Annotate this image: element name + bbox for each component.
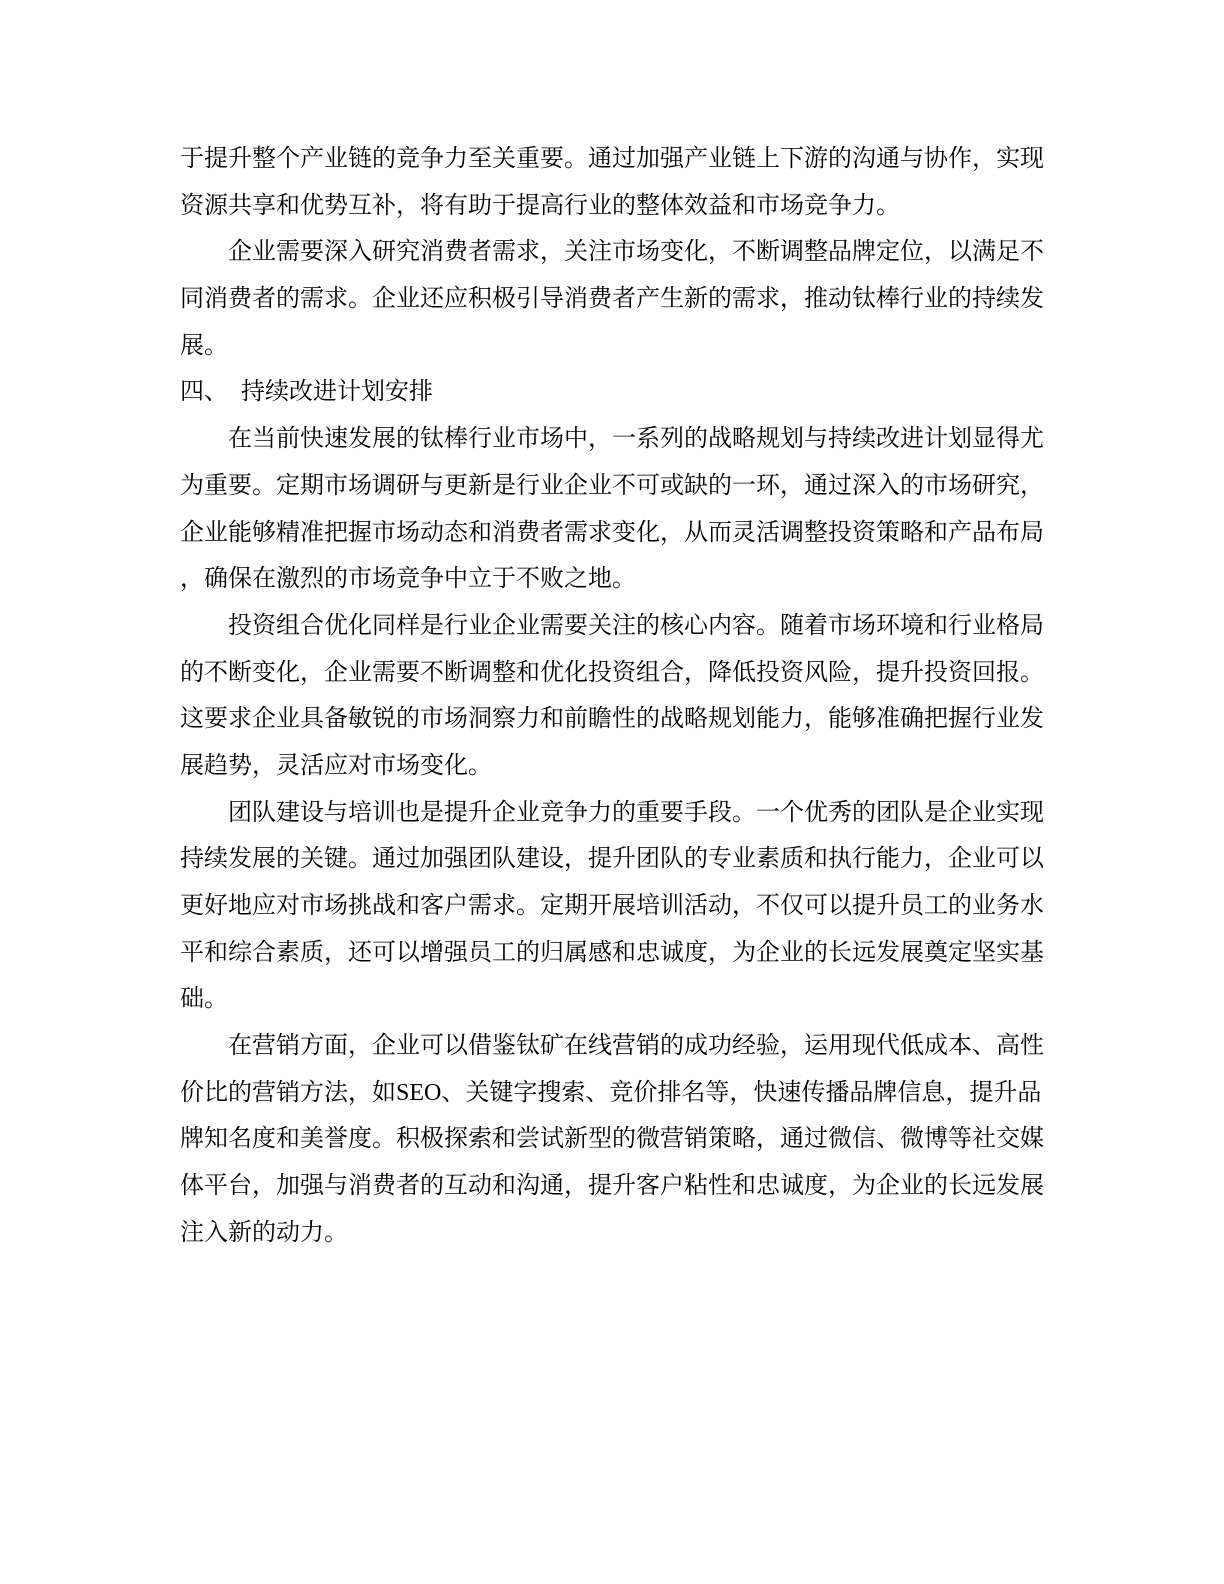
paragraph-line: 这要求企业具备敏锐的市场洞察力和前瞻性的战略规划能力，能够准确把握行业发 <box>180 696 1046 743</box>
paragraph: 在当前快速发展的钛棒行业市场中，一系列的战略规划与持续改进计划显得尤 为重要。定… <box>180 416 1046 603</box>
paragraph: 投资组合优化同样是行业企业需要关注的核心内容。随着市场环境和行业格局 的不断变化… <box>180 603 1046 790</box>
heading-title: 持续改进计划安排 <box>241 379 433 405</box>
paragraph: 在营销方面，企业可以借鉴钛矿在线营销的成功经验，运用现代低成本、高性 价比的营销… <box>180 1023 1046 1256</box>
paragraph-line: 展趋势，灵活应对市场变化。 <box>180 743 1046 790</box>
paragraph-line: 在营销方面，企业可以借鉴钛矿在线营销的成功经验，运用现代低成本、高性 <box>180 1023 1046 1070</box>
paragraph-line: 于提升整个产业链的竞争力至关重要。通过加强产业链上下游的沟通与协作，实现 <box>180 136 1046 183</box>
paragraph-line: 更好地应对市场挑战和客户需求。定期开展培训活动，不仅可以提升员工的业务水 <box>180 883 1046 930</box>
paragraph-line: 牌知名度和美誉度。积极探索和尝试新型的微营销策略，通过微信、微博等社交媒 <box>180 1116 1046 1163</box>
paragraph-line: 础。 <box>180 976 1046 1023</box>
paragraph-line: 投资组合优化同样是行业企业需要关注的核心内容。随着市场环境和行业格局 <box>180 603 1046 650</box>
paragraph: 于提升整个产业链的竞争力至关重要。通过加强产业链上下游的沟通与协作，实现 资源共… <box>180 136 1046 229</box>
paragraph-line: 体平台，加强与消费者的互动和沟通，提升客户粘性和忠诚度，为企业的长远发展 <box>180 1163 1046 1210</box>
paragraph-line: 为重要。定期市场调研与更新是行业企业不可或缺的一环，通过深入的市场研究， <box>180 463 1046 510</box>
paragraph-line: 资源共享和优势互补，将有助于提高行业的整体效益和市场竞争力。 <box>180 183 1046 230</box>
heading-number: 四、 <box>180 379 228 405</box>
paragraph: 企业需要深入研究消费者需求，关注市场变化，不断调整品牌定位，以满足不 同消费者的… <box>180 229 1046 369</box>
paragraph-line: 价比的营销方法，如SEO、关键字搜索、竞价排名等，快速传播品牌信息，提升品 <box>180 1070 1046 1117</box>
paragraph-line: 平和综合素质，还可以增强员工的归属感和忠诚度，为企业的长远发展奠定坚实基 <box>180 930 1046 977</box>
paragraph-line: 在当前快速发展的钛棒行业市场中，一系列的战略规划与持续改进计划显得尤 <box>180 416 1046 463</box>
paragraph-line: 企业需要深入研究消费者需求，关注市场变化，不断调整品牌定位，以满足不 <box>180 229 1046 276</box>
paragraph-line: 展。 <box>180 323 1046 370</box>
document-page: 于提升整个产业链的竞争力至关重要。通过加强产业链上下游的沟通与协作，实现 资源共… <box>0 0 1224 1584</box>
paragraph-line: 注入新的动力。 <box>180 1210 1046 1257</box>
paragraph-line: 的不断变化，企业需要不断调整和优化投资组合，降低投资风险，提升投资回报。 <box>180 650 1046 697</box>
paragraph-line: 同消费者的需求。企业还应积极引导消费者产生新的需求，推动钛棒行业的持续发 <box>180 276 1046 323</box>
paragraph-line: 企业能够精准把握市场动态和消费者需求变化，从而灵活调整投资策略和产品布局 <box>180 510 1046 557</box>
paragraph-line: 团队建设与培训也是提升企业竞争力的重要手段。一个优秀的团队是企业实现 <box>180 790 1046 837</box>
section-heading: 四、持续改进计划安排 <box>180 369 1046 416</box>
paragraph-line: ，确保在激烈的市场竞争中立于不败之地。 <box>180 556 1046 603</box>
paragraph: 团队建设与培训也是提升企业竞争力的重要手段。一个优秀的团队是企业实现 持续发展的… <box>180 790 1046 1023</box>
paragraph-line: 持续发展的关键。通过加强团队建设，提升团队的专业素质和执行能力，企业可以 <box>180 836 1046 883</box>
document-body: 于提升整个产业链的竞争力至关重要。通过加强产业链上下游的沟通与协作，实现 资源共… <box>180 136 1046 1257</box>
